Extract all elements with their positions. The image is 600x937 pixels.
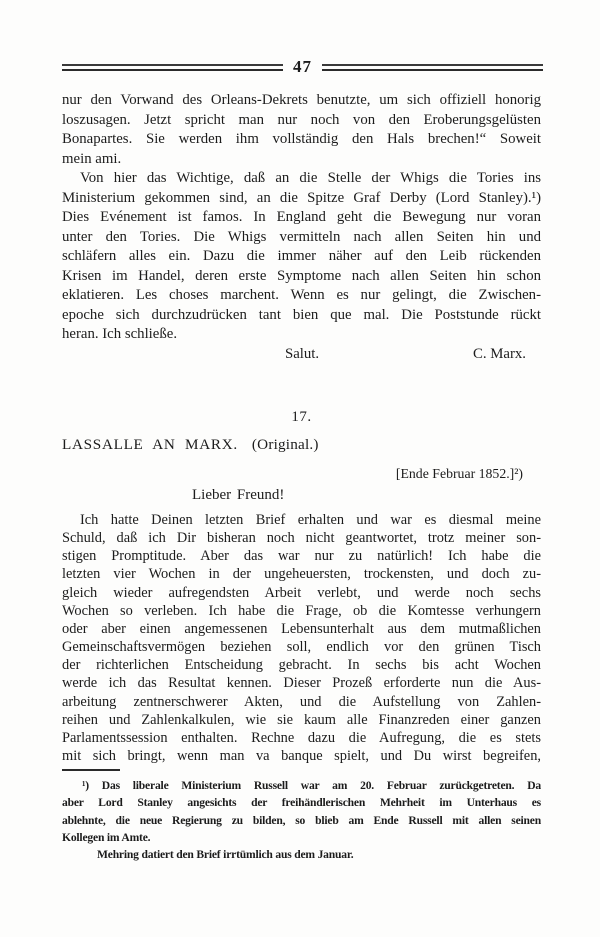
section-number: 17. bbox=[62, 408, 541, 427]
header-rule-right bbox=[322, 64, 543, 71]
text-line: Dies Evénement ist famos. In England geh… bbox=[62, 208, 541, 228]
running-head: 47 bbox=[62, 58, 543, 76]
text-line: nur den Vorwand des Orleans-Dekrets benu… bbox=[62, 91, 541, 111]
text-line: oder aber einen angemessenen Lebensunter… bbox=[62, 620, 541, 638]
letter-heading: LASSALLE AN MARX.(Original.) bbox=[62, 435, 541, 455]
lassalle-letter-body: Ich hatte Deinen letzten Brief erhalten … bbox=[62, 511, 541, 765]
text-line: mein ami. bbox=[62, 150, 541, 170]
book-page: 47 nur den Vorwand des Orleans-Dekrets b… bbox=[0, 0, 600, 937]
text-line: Bonapartes. Sie werden ihm vollständig d… bbox=[62, 130, 541, 150]
date-line: [Ende Februar 1852.]²) bbox=[62, 465, 541, 483]
text-line: schläfern alles ein. Dazu die immer nähe… bbox=[62, 247, 541, 267]
footnotes: ¹) Das liberale Ministerium Russell war … bbox=[62, 777, 541, 863]
text-line: Von hier das Wichtige, daß an die Stelle… bbox=[62, 169, 541, 189]
page-number: 47 bbox=[283, 58, 322, 76]
text-line: mit sich bringt, wenn man va banque spie… bbox=[62, 747, 541, 765]
footnote-2: Mehring datiert den Brief irrtümlich aus… bbox=[97, 846, 541, 863]
text-line: gleich wieder aufregendsten Arbeit verle… bbox=[62, 584, 541, 602]
marx-letter-end: nur den Vorwand des Orleans-Dekrets benu… bbox=[62, 91, 541, 364]
paragraph: Von hier das Wichtige, daß an die Stelle… bbox=[62, 169, 541, 345]
header-rule-left bbox=[62, 64, 283, 71]
text-line: eklatieren. Les choses marchent. Wenn es… bbox=[62, 286, 541, 306]
text-line: Gemeinschaftsvermögen beziehen soll, end… bbox=[62, 638, 541, 656]
footnote-1: ¹) Das liberale Ministerium Russell war … bbox=[62, 777, 541, 846]
text-line: Kollegen im Amte. bbox=[62, 829, 541, 846]
text-line: arbeitung zentnerschwerer Akten, und die… bbox=[62, 693, 541, 711]
letter-heading-title: LASSALLE AN MARX. bbox=[62, 436, 238, 453]
text-line: der richterlichen Entscheidung gebracht.… bbox=[62, 656, 541, 674]
footnote-separator bbox=[62, 769, 120, 771]
text-line: heran. Ich schließe. bbox=[62, 325, 541, 345]
signature-row: Salut. C. Marx. bbox=[62, 345, 541, 365]
text-line: Wochen so verleben. Ich habe die Frage, … bbox=[62, 602, 541, 620]
text-line: ablehnte, die neue Regierung zu bilden, … bbox=[62, 812, 541, 829]
text-line: letzten vier Wochen in der ungeheuersten… bbox=[62, 565, 541, 583]
text-column: nur den Vorwand des Orleans-Dekrets benu… bbox=[62, 91, 541, 864]
text-line: stigen Promptitude. Aber das war nur zu … bbox=[62, 547, 541, 565]
text-line: loszusagen. Jetzt spricht man nur noch v… bbox=[62, 111, 541, 131]
text-line: aber Lord Stanley angesichts der freihän… bbox=[62, 794, 541, 811]
text-line: epoche sich durchzudrücken tant bien que… bbox=[62, 306, 541, 326]
signature-salut: Salut. bbox=[285, 345, 319, 365]
text-line: Krisen im Handel, deren erste Symptome n… bbox=[62, 267, 541, 287]
text-line: ¹) Das liberale Ministerium Russell war … bbox=[62, 777, 541, 794]
text-line: Parlamentssession enthalten. Rechne dazu… bbox=[62, 729, 541, 747]
text-line: Ministerium gekommen sind, an die Spitze… bbox=[62, 189, 541, 209]
text-line: Ich hatte Deinen letzten Brief erhalten … bbox=[62, 511, 541, 529]
text-line: reihen und Zahlenkalkulen, wie sie kaum … bbox=[62, 711, 541, 729]
paragraph-continuation: nur den Vorwand des Orleans-Dekrets benu… bbox=[62, 91, 541, 169]
text-line: Schuld, daß ich Dir bisheran noch nicht … bbox=[62, 529, 541, 547]
text-line: werde ich das Resultat kennen. Dieser Pr… bbox=[62, 674, 541, 692]
letter-heading-note: (Original.) bbox=[252, 436, 319, 453]
signature-name: C. Marx. bbox=[473, 345, 526, 365]
salutation: Lieber Freund! bbox=[192, 486, 541, 505]
text-line: unter den Tories. Die Whigs vermitteln n… bbox=[62, 228, 541, 248]
